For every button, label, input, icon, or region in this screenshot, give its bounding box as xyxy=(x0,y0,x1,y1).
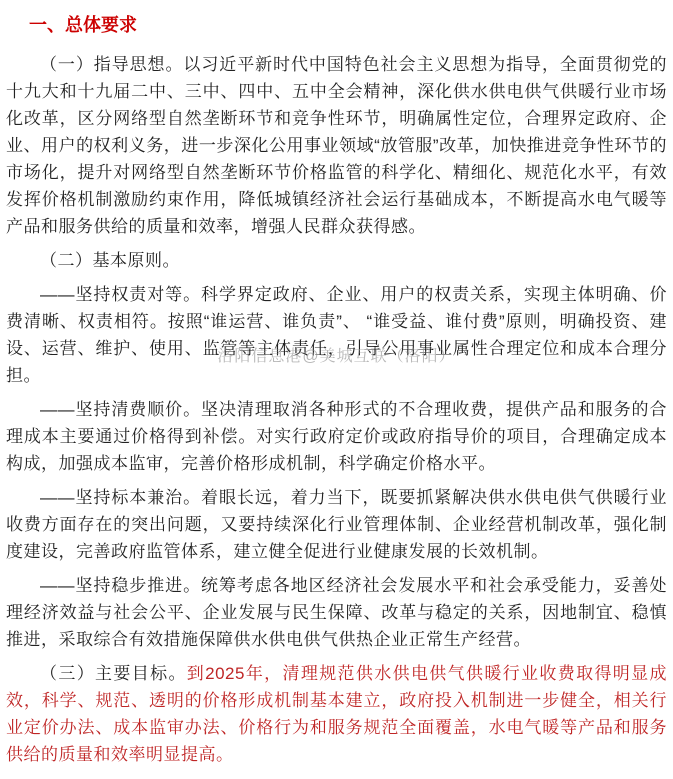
paragraph-main-goals: （三）主要目标。到2025年，清理规范供水供电供气供暖行业收费取得明显成效，科学… xyxy=(6,660,667,768)
main-goals-label: （三）主要目标。 xyxy=(40,664,187,683)
paragraph-principle-systemic-reform: ——坚持标本兼治。着眼长远，着力当下，既要抓紧解决供水供电供气供暖行业收费方面存… xyxy=(6,484,667,565)
document-page: 洛阳信息港@美城互联（洛阳） 一、总体要求 （一）指导思想。以习近平新时代中国特… xyxy=(0,0,673,779)
paragraph-principle-steady-progress: ——坚持稳步推进。统筹考虑各地区经济社会发展水平和社会承受能力，妥善处理经济效益… xyxy=(6,572,667,653)
paragraph-basic-principles-title: （二）基本原则。 xyxy=(6,247,667,274)
paragraph-principle-fee-clearing: ——坚持清费顺价。坚决清理取消各种形式的不合理收费，提供产品和服务的合理成本主要… xyxy=(6,396,667,477)
section-heading: 一、总体要求 xyxy=(29,14,667,36)
paragraph-guiding-ideology: （一）指导思想。以习近平新时代中国特色社会主义思想为指导，全面贯彻党的十九大和十… xyxy=(6,51,667,240)
paragraph-principle-rights-responsibilities: ——坚持权责对等。科学界定政府、企业、用户的权责关系，实现主体明确、价费清晰、权… xyxy=(6,281,667,389)
